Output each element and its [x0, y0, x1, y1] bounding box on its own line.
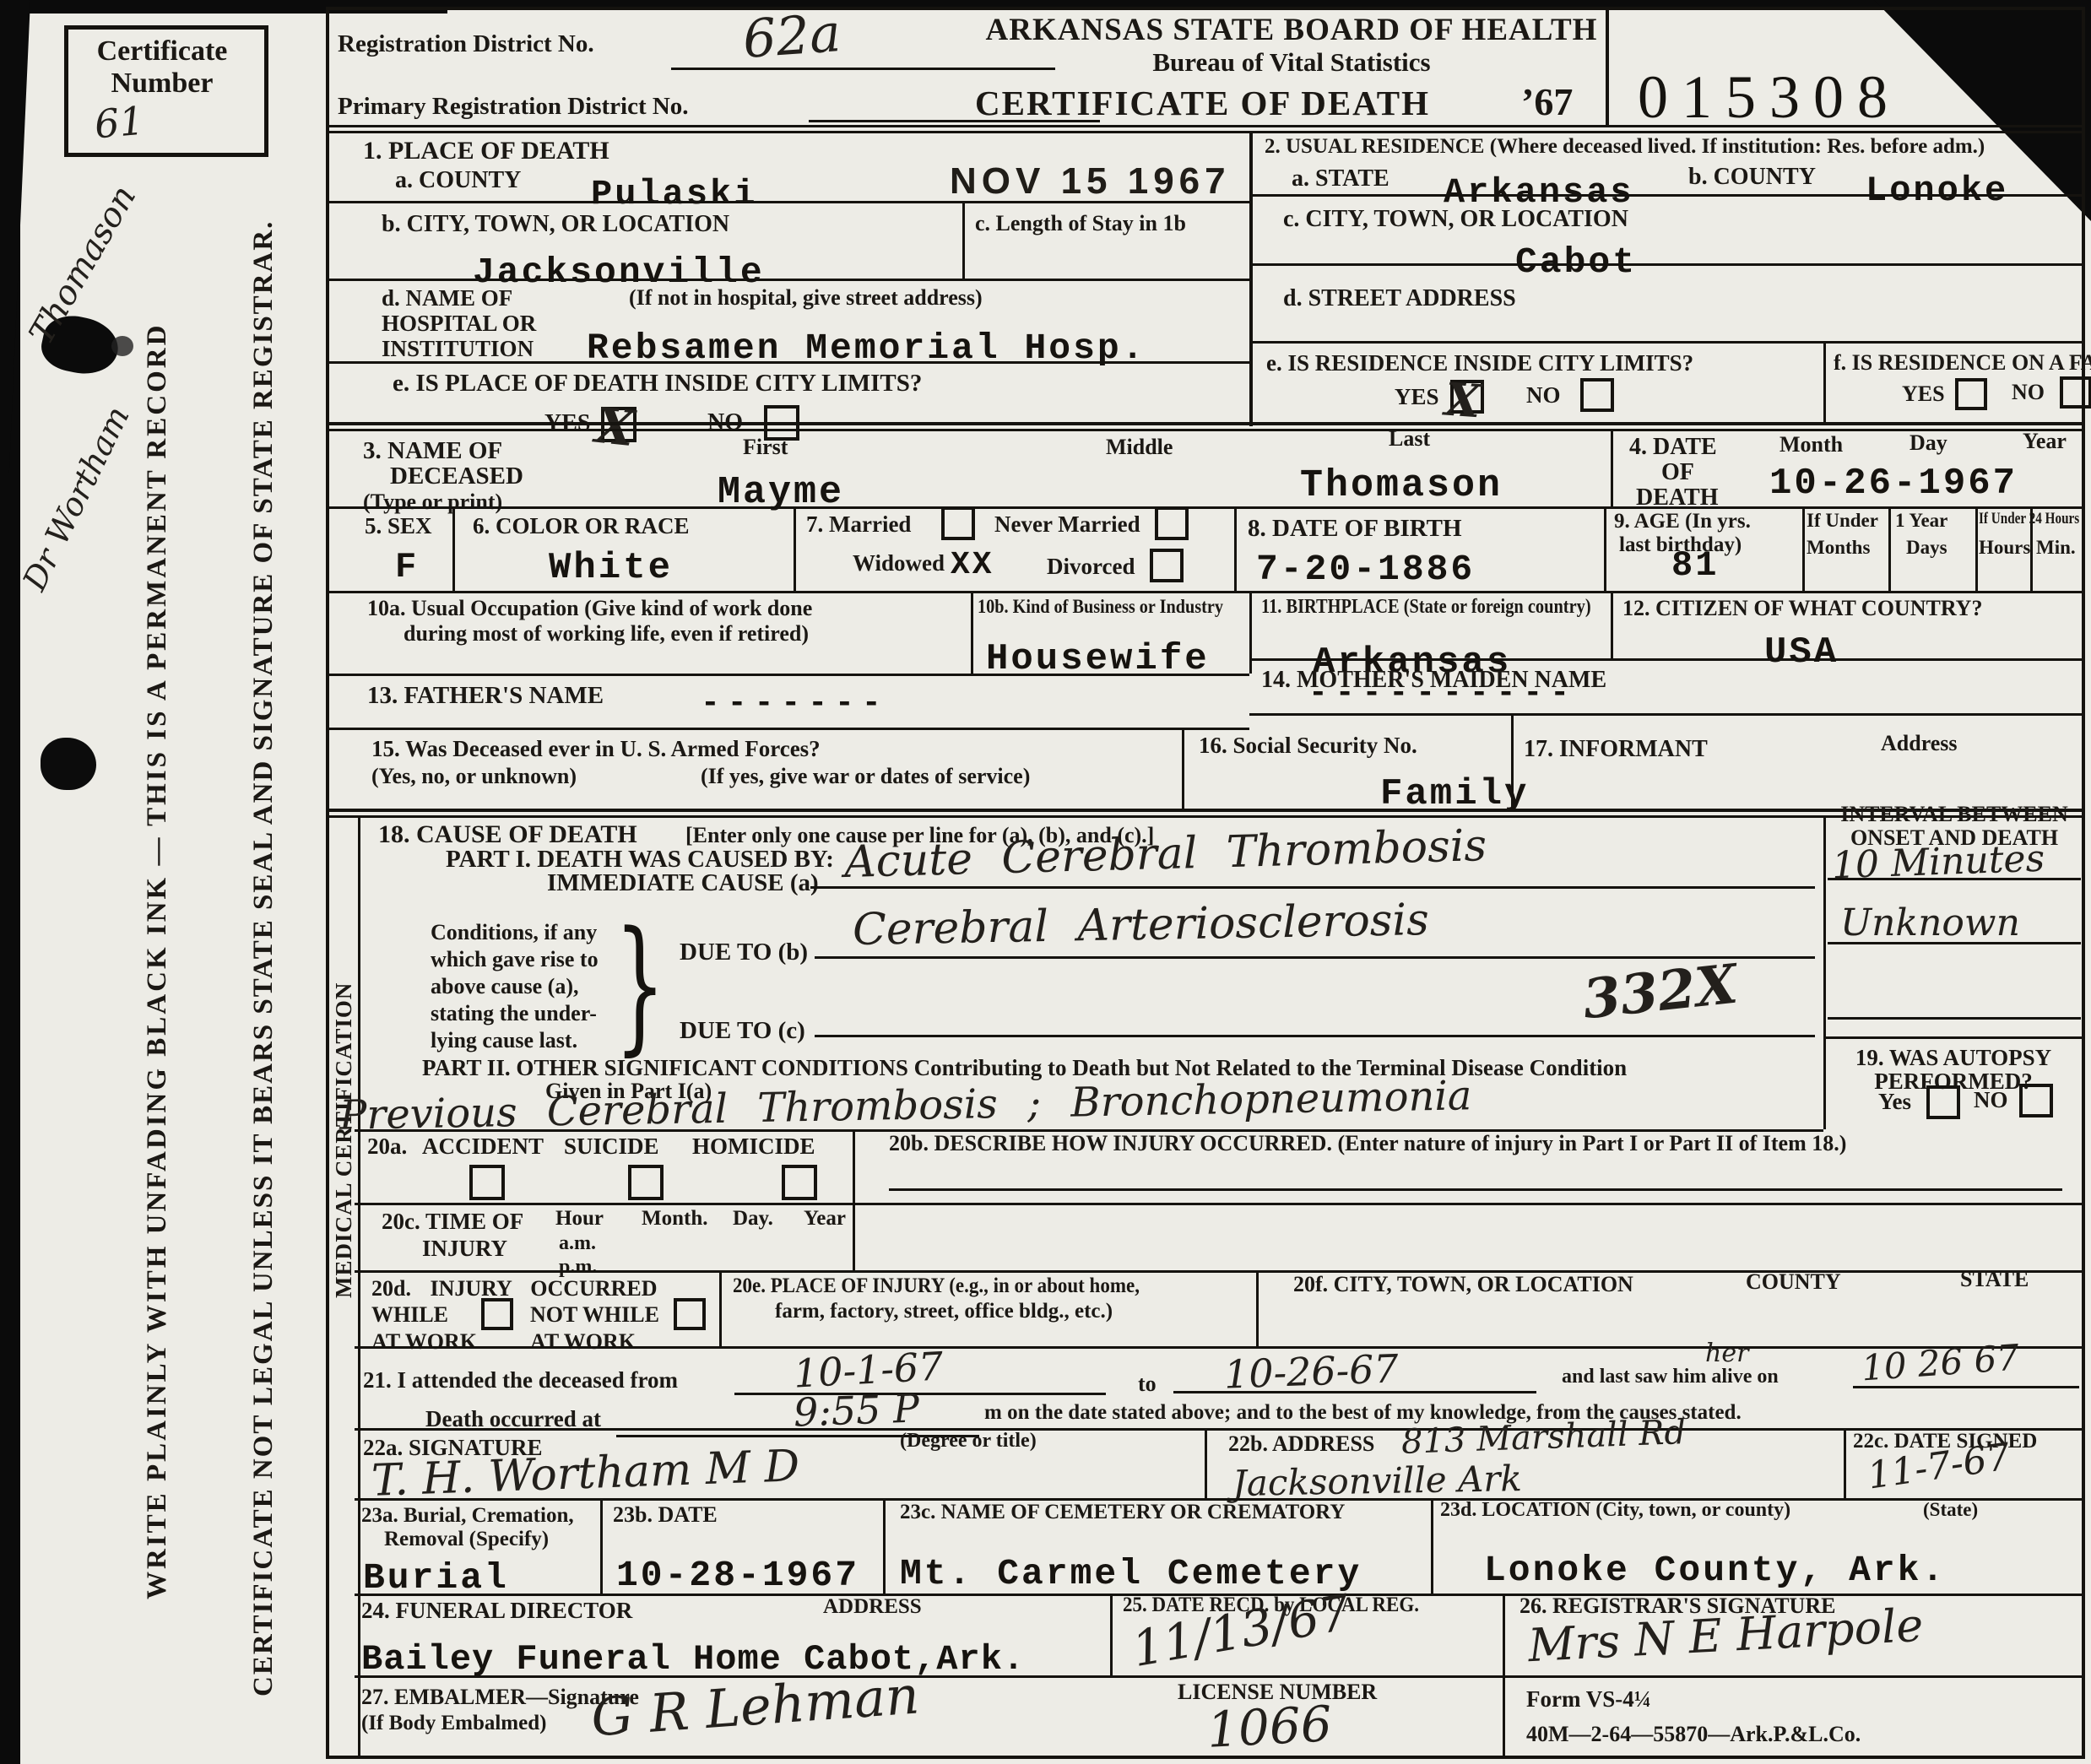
form-border-bottom — [328, 1756, 2085, 1759]
death-city-label: b. CITY, TOWN, OR LOCATION — [382, 211, 729, 238]
grid-line — [883, 1498, 886, 1594]
under-1-year-label: If Under — [1807, 510, 1878, 532]
grid-line — [1828, 878, 2081, 880]
birthplace-label: 11. BIRTHPLACE (State or foreign country… — [1261, 596, 1591, 619]
physician-address-line2: Jacksonville Ark — [1232, 1458, 1523, 1504]
grid-line — [1611, 591, 1613, 658]
form-border-left — [326, 7, 329, 1759]
form-border-top — [328, 7, 2085, 10]
month-label: Month. — [642, 1207, 707, 1231]
first-name-label: First — [743, 435, 788, 460]
widowed-mark: XX — [951, 547, 994, 583]
grid-line — [1234, 506, 1237, 591]
min-label: Min. — [2036, 537, 2076, 559]
embalmer-label2: (If Body Embalmed) — [361, 1712, 546, 1735]
death-certificate-scan: Thomason Dr Wortham WRITE PLAINLY WITH U… — [0, 0, 2091, 1764]
grid-line — [328, 506, 2083, 509]
board-title: ARKANSAS STATE BOARD OF HEALTH — [971, 12, 1612, 48]
fathers-name-value: ------- — [701, 685, 889, 722]
cemetery-value: Mt. Carmel Cemetery — [900, 1553, 1362, 1594]
ink-blot — [41, 738, 96, 790]
cause-code-value: 332X — [1580, 953, 1741, 1032]
grid-line — [1844, 1428, 1846, 1498]
county-label: a. COUNTY — [395, 167, 521, 194]
ink-blot-tail — [111, 336, 133, 356]
immediate-cause-label: IMMEDIATE CAUSE (a) — [547, 869, 819, 897]
injury-city-label: 20f. CITY, TOWN, OR LOCATION — [1293, 1272, 1633, 1297]
county-value: Pulaski — [591, 174, 757, 214]
header-rule-2 — [328, 131, 2083, 133]
grid-line — [328, 809, 2083, 812]
armed-forces-label: 15. Was Deceased ever in U. S. Armed For… — [371, 736, 821, 762]
grid-line — [328, 361, 1249, 364]
yes-check-mark: X — [593, 397, 637, 457]
grid-line — [328, 201, 1249, 203]
divorced-checkbox — [1150, 549, 1184, 582]
citizen-label: 12. CITIZEN OF WHAT COUNTRY? — [1622, 596, 1982, 621]
name-of-deceased-label2: DECEASED — [390, 463, 523, 490]
no-checkbox — [2060, 376, 2091, 409]
primary-reg-district-label: Primary Registration District No. — [338, 93, 689, 121]
grid-line — [1249, 591, 1252, 674]
residence-farm-label: f. IS RESIDENCE ON A FARM? — [1834, 350, 2091, 376]
cemetery-label: 23c. NAME OF CEMETERY OR CREMATORY — [900, 1501, 1345, 1524]
serial-number: 015308 — [1638, 62, 1901, 133]
grid-line — [1828, 942, 2081, 944]
certificate-year: ’67 — [1521, 79, 1573, 124]
reg-district-value: 62a — [741, 2, 843, 70]
burial-label: 23a. Burial, Cremation, — [361, 1504, 574, 1528]
conditions-note: Conditions, if any — [431, 920, 597, 945]
hours-label: Hours — [1979, 537, 2030, 559]
funeral-director-address-label: ADDRESS — [823, 1595, 922, 1619]
grid-line — [1823, 1036, 2083, 1039]
married-label: 7. Married — [806, 511, 911, 538]
interval-b-value: Unknown — [1840, 901, 2020, 944]
occupation-label2: during most of working life, even if ret… — [404, 621, 809, 647]
widowed-label: Widowed — [853, 550, 945, 576]
cause-b-rule — [815, 956, 1815, 959]
homicide-label: HOMICIDE — [692, 1134, 815, 1160]
divorced-label: Divorced — [1047, 554, 1135, 580]
place-of-injury-label: 20e. PLACE OF INJURY (e.g., in or about … — [733, 1274, 1140, 1298]
grid-line — [328, 728, 1249, 730]
no-label: NO — [2012, 380, 2045, 405]
degree-or-title-label: (Degree or title) — [900, 1430, 1037, 1453]
funeral-director-value: Bailey Funeral Home Cabot,Ark. — [361, 1639, 1025, 1680]
margin-instruction-not-legal: CERTIFICATE NOT LEGAL UNLESS IT BEARS ST… — [248, 165, 279, 1696]
hospital-label2: HOSPITAL OR — [382, 311, 536, 337]
form-border-right — [2082, 7, 2085, 1759]
ssn-label: 16. Social Security No. — [1199, 733, 1417, 759]
age-label: 9. AGE (In yrs. — [1614, 510, 1751, 533]
death-city-limits-label: e. IS PLACE OF DEATH INSIDE CITY LIMITS? — [393, 370, 922, 398]
margin-note-doctor: Dr Wortham — [15, 353, 160, 597]
fathers-name-label: 13. FATHER'S NAME — [367, 682, 604, 710]
accident-suicide-homicide-label: 20a. — [367, 1134, 407, 1160]
yes-check-mark: X — [1444, 372, 1482, 429]
suicide-checkbox — [628, 1165, 664, 1200]
burial-date-label: 23b. DATE — [613, 1502, 718, 1528]
armed-forces-hint2: (If yes, give war or dates of service) — [701, 764, 1030, 789]
length-of-stay-label: c. Length of Stay in 1b — [975, 211, 1186, 236]
her-annotation: her — [1705, 1339, 1748, 1368]
color-race-value: White — [549, 547, 673, 589]
color-race-label: 6. COLOR OR RACE — [473, 513, 690, 539]
while-at-work-checkbox — [481, 1298, 513, 1330]
interval-label: INTERVAL BETWEEN — [1828, 802, 2081, 827]
pm-label: p.m. — [559, 1256, 597, 1279]
hour-label: Hour — [555, 1207, 604, 1231]
while-label: WHILE — [371, 1302, 448, 1328]
am-label: a.m. — [559, 1232, 596, 1255]
cause-of-death-label: 18. CAUSE OF DEATH — [378, 820, 637, 849]
not-while-at-work-checkbox — [674, 1298, 706, 1330]
certificate-number-title2: Number — [64, 68, 260, 100]
name-of-deceased-label: 3. NAME OF — [363, 437, 502, 465]
grid-line — [355, 1346, 2083, 1349]
grid-line — [1888, 506, 1891, 591]
form-print-code: 40M—2-64—55870—Ark.P.&L.Co. — [1526, 1722, 1861, 1747]
due-to-c-label: DUE TO (c) — [680, 1017, 805, 1045]
cause-a-rule — [810, 886, 1815, 889]
grid-line — [971, 591, 973, 674]
grid-line — [328, 591, 2083, 593]
grid-line — [719, 1270, 722, 1346]
under-24-hours-label: If Under 24 Hours — [1979, 510, 2079, 528]
state-sublabel: (State) — [1923, 1499, 1978, 1521]
time-of-injury-label2: INJURY — [422, 1236, 507, 1262]
grid-line — [355, 1428, 2083, 1431]
hospital-label3: INSTITUTION — [382, 336, 534, 362]
grid-line — [1249, 713, 2083, 716]
attended-label: 21. I attended the deceased from — [363, 1367, 678, 1393]
accident-label: ACCIDENT — [422, 1134, 544, 1160]
grid-line — [1249, 341, 2083, 344]
autopsy-label: 19. WAS AUTOPSY — [1823, 1045, 2083, 1071]
grid-line — [1256, 1270, 1259, 1346]
form-number: Form VS-4¼ — [1526, 1686, 1651, 1713]
days-label: Days — [1906, 537, 1947, 559]
grid-line — [328, 674, 1249, 676]
hospital-hint: (If not in hospital, give street address… — [629, 285, 983, 311]
reg-district-label: Registration District No. — [338, 30, 594, 58]
grid-line — [328, 429, 2083, 431]
autopsy-no-checkbox — [2019, 1084, 2053, 1117]
date-of-death-label: 4. DATE — [1629, 434, 1717, 461]
cause-c-rule — [815, 1035, 1815, 1037]
sex-value: F — [395, 547, 419, 587]
grid-line — [452, 506, 455, 591]
age-value: 81 — [1671, 545, 1719, 586]
grid-line — [1503, 1594, 1505, 1675]
never-married-label: Never Married — [994, 511, 1140, 538]
received-date-stamp: NOV 15 1967 — [950, 160, 1231, 203]
no-label: NO — [1974, 1087, 2008, 1113]
certificate-number-value: 61 — [93, 98, 146, 148]
grid-line — [1110, 1594, 1113, 1675]
last-name-label: Last — [1389, 426, 1430, 452]
grid-line — [1431, 1498, 1433, 1594]
header-rule — [328, 125, 2083, 127]
month-label: Month — [1780, 432, 1843, 457]
serial-divider — [1606, 10, 1609, 125]
residence-city-label: c. CITY, TOWN, OR LOCATION — [1283, 206, 1628, 233]
cause-b-value: Cerebral Arteriosclerosis — [853, 895, 1430, 955]
funeral-director-label: 24. FUNERAL DIRECTOR — [361, 1598, 632, 1624]
last-name-value: Thomason — [1300, 464, 1503, 507]
grid-line — [1611, 429, 1613, 509]
citizen-value: USA — [1764, 631, 1839, 674]
sex-label: 5. SEX — [365, 513, 432, 539]
injury-description-rule — [889, 1188, 2062, 1191]
to-label: to — [1138, 1372, 1157, 1397]
burial-label2: Removal (Specify) — [384, 1528, 549, 1551]
yes-checkbox — [1955, 378, 1987, 410]
accident-checkbox — [469, 1165, 505, 1200]
certificate-number-title: Certificate — [64, 35, 260, 68]
grid-line — [1975, 506, 1978, 591]
attended-from-rule — [734, 1393, 1106, 1395]
conditions-note3: above cause (a), — [431, 974, 578, 999]
grid-line — [600, 1498, 603, 1594]
attended-to-value: 10-26-67 — [1223, 1345, 1399, 1397]
grid-line — [355, 1203, 2083, 1205]
date-of-birth-label: 8. DATE OF BIRTH — [1248, 515, 1462, 543]
burial-location-label: 23d. LOCATION (City, town, or county) — [1440, 1499, 1790, 1522]
burial-location-value: Lonoke County, Ark. — [1484, 1550, 1946, 1591]
physician-address-label: 22b. ADDRESS — [1228, 1431, 1374, 1457]
section-divider — [1249, 131, 1253, 426]
homicide-checkbox — [782, 1165, 817, 1200]
year-label: Year — [2023, 429, 2067, 454]
grid-line — [328, 815, 2083, 818]
armed-forces-hint: (Yes, no, or unknown) — [371, 764, 577, 789]
date-of-birth-value: 7-20-1886 — [1256, 549, 1475, 590]
place-of-death-label: 1. PLACE OF DEATH — [363, 137, 609, 165]
street-address-label: d. STREET ADDRESS — [1283, 285, 1516, 312]
grid-line — [1802, 506, 1805, 591]
grid-line — [1182, 728, 1184, 809]
suicide-label: SUICIDE — [564, 1134, 659, 1160]
grid-line — [1249, 658, 2083, 661]
grid-line — [1828, 1017, 2081, 1020]
residence-state-label: a. STATE — [1292, 165, 1389, 192]
yes-label: Yes — [1878, 1089, 1911, 1115]
autopsy-yes-checkbox — [1926, 1085, 1960, 1119]
date-of-death-value: 10-26-1967 — [1769, 463, 2018, 505]
residence-county-label: b. COUNTY — [1688, 164, 1816, 191]
injury-county-label: COUNTY — [1746, 1269, 1841, 1295]
residence-city-limits-label: e. IS RESIDENCE INSIDE CITY LIMITS? — [1266, 350, 1693, 376]
injury-state-label: STATE — [1960, 1267, 2029, 1292]
grid-line — [1604, 506, 1606, 591]
mothers-maiden-name-value: ---------- — [1308, 675, 1577, 712]
last-saw-alive-label: and last saw him alive on — [1562, 1366, 1779, 1388]
residence-county-value: Lonoke — [1866, 170, 2008, 211]
conditions-note2: which gave rise to — [431, 947, 599, 972]
name-of-deceased-label3: (Type or print) — [363, 490, 502, 515]
grid-line — [1249, 194, 2083, 197]
medical-gutter-line — [358, 815, 360, 1757]
residence-city-value: Cabot — [1515, 241, 1637, 283]
at-work-label: AT WORK — [530, 1329, 636, 1355]
place-of-injury-label2: farm, factory, street, office bldg., etc… — [775, 1300, 1113, 1323]
grid-line — [853, 1129, 855, 1270]
hospital-label: d. NAME OF — [382, 285, 512, 311]
no-checkbox — [1580, 378, 1614, 412]
conditions-note5: lying cause last. — [431, 1028, 577, 1053]
margin-instruction-permanent-record: WRITE PLAINLY WITH UNFADING BLACK INK — … — [142, 283, 173, 1599]
grid-line — [1205, 1428, 1207, 1498]
date-of-death-label2: OF — [1661, 459, 1694, 486]
license-number-value: 1066 — [1205, 1695, 1333, 1759]
occupation-label: 10a. Usual Occupation (Give kind of work… — [367, 596, 812, 621]
at-work-label: AT WORK — [371, 1329, 477, 1355]
injury-occurred-label: 20d. INJURY OCCURRED — [371, 1276, 658, 1301]
due-to-b-label: DUE TO (b) — [680, 939, 808, 966]
last-saw-value: 10 26 67 — [1861, 1337, 2021, 1389]
time-of-injury-label: 20c. TIME OF — [382, 1209, 523, 1235]
under-1-year-label2: 1 Year — [1895, 510, 1947, 532]
certificate-title: CERTIFICATE OF DEATH — [975, 83, 1430, 123]
grid-line — [1823, 341, 1826, 424]
bureau-subtitle: Bureau of Vital Statistics — [971, 47, 1612, 78]
yes-label: YES — [1395, 384, 1439, 410]
informant-address-label: Address — [1881, 731, 1958, 756]
never-married-checkbox — [1155, 506, 1189, 540]
conditions-note4: stating the under- — [431, 1001, 597, 1026]
not-while-label: NOT WHILE — [530, 1302, 659, 1328]
no-label: NO — [1526, 382, 1561, 409]
grid-line — [355, 1675, 2083, 1678]
grid-line — [962, 203, 965, 280]
day-label: Day. — [733, 1207, 773, 1231]
brace-glyph: } — [615, 900, 665, 1069]
describe-injury-label: 20b. DESCRIBE HOW INJURY OCCURRED. (Ente… — [889, 1131, 1846, 1156]
months-label: Months — [1807, 537, 1870, 559]
grid-line — [328, 279, 1249, 281]
grid-line — [794, 506, 796, 591]
yes-label: YES — [1902, 381, 1945, 407]
business-industry-label: 10b. Kind of Business or Industry — [978, 596, 1223, 618]
informant-label: 17. INFORMANT — [1524, 736, 1708, 763]
grid-line — [1249, 263, 2083, 266]
burial-date-value: 10-28-1967 — [616, 1555, 859, 1596]
burial-value: Burial — [363, 1557, 509, 1599]
year-label: Year — [804, 1207, 846, 1231]
usual-residence-label: 2. USUAL RESIDENCE (Where deceased lived… — [1265, 135, 1985, 159]
grid-line — [328, 422, 2083, 425]
day-label: Day — [1910, 430, 1947, 456]
grid-line — [1503, 1675, 1505, 1757]
middle-name-label: Middle — [1106, 435, 1173, 460]
married-checkbox — [941, 506, 975, 540]
